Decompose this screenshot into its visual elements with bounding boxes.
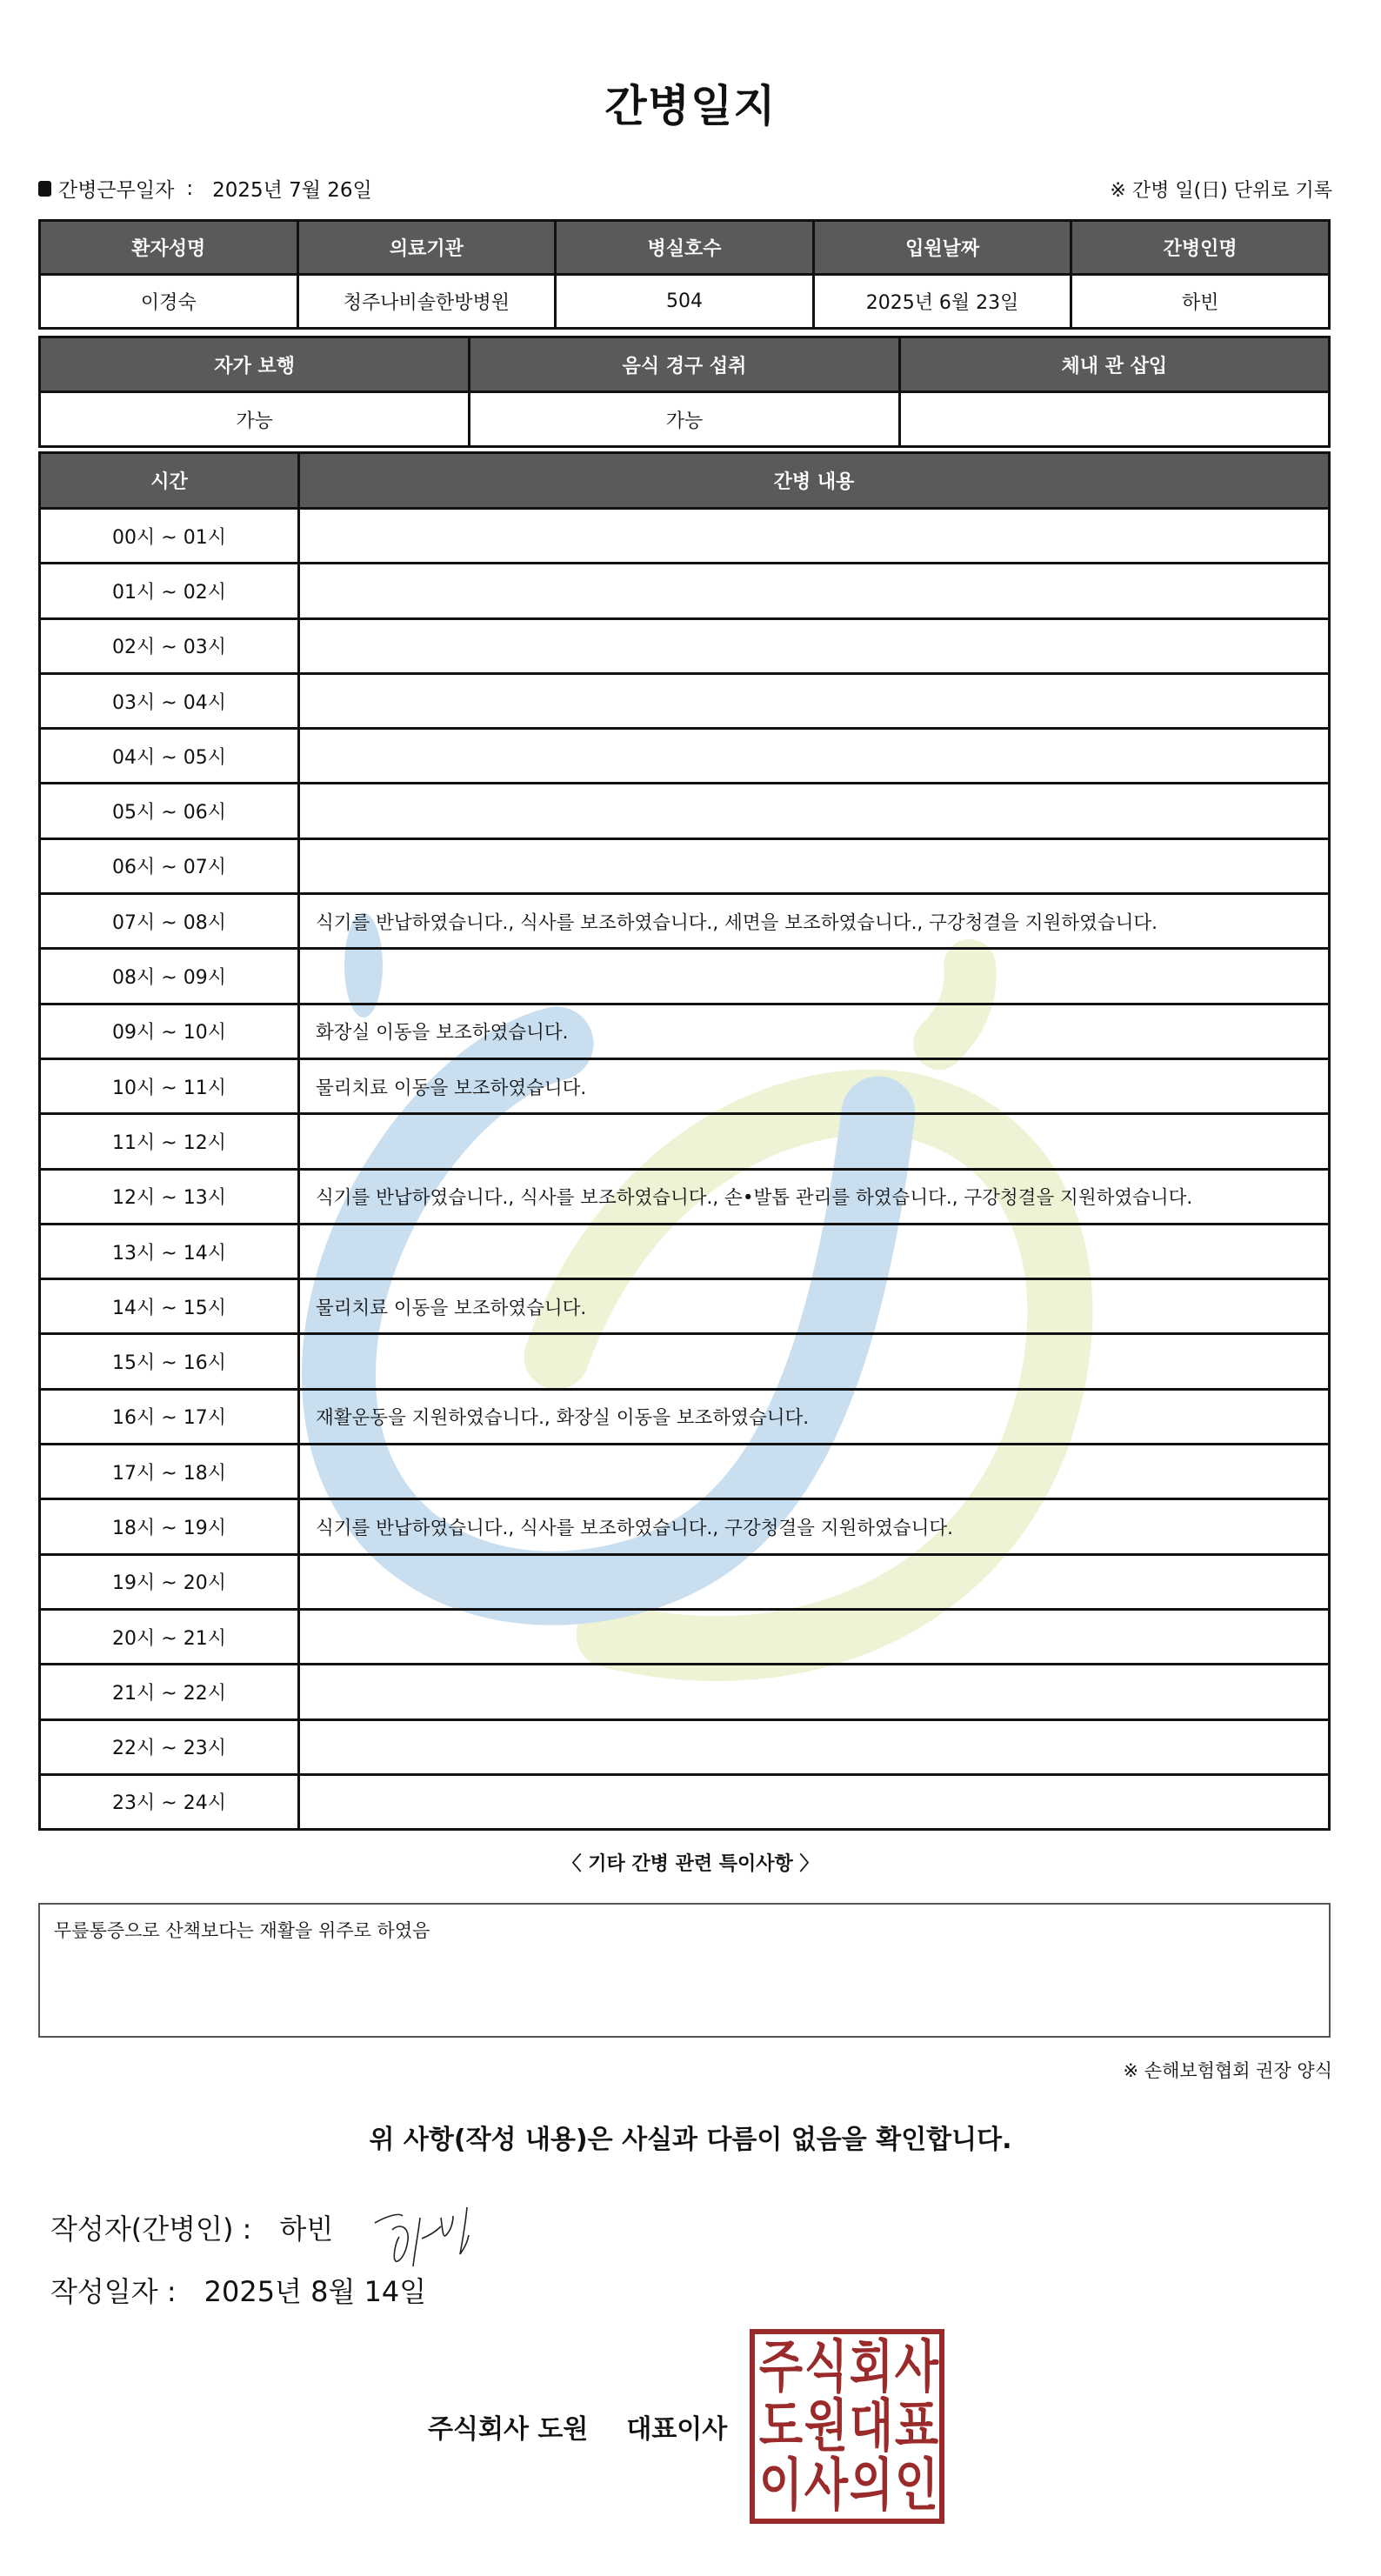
care-log-row: 04시 ~ 05시 <box>40 729 1330 784</box>
care-log-row: 09시 ~ 10시화장실 이동을 보조하였습니다. <box>40 1004 1330 1058</box>
care-time: 05시 ~ 06시 <box>40 784 299 838</box>
care-time: 20시 ~ 21시 <box>40 1609 299 1664</box>
patient-info-header-row: 환자성명 의료기관 병실호수 입원날짜 간병인명 <box>40 221 1330 275</box>
patient-status-header-row: 자가 보행 음식 경구 섭취 체내 관 삽입 <box>40 337 1330 392</box>
page-title: 간병일지 <box>0 71 1381 134</box>
care-log-row: 14시 ~ 15시물리치료 이동을 보조하였습니다. <box>40 1279 1330 1334</box>
notes-box: 무릎통증으로 산책보다는 재활을 위주로 하였음 <box>38 1903 1331 2038</box>
care-log-row: 06시 ~ 07시 <box>40 838 1330 893</box>
self-walking: 가능 <box>40 392 470 447</box>
care-time: 21시 ~ 22시 <box>40 1665 299 1719</box>
header-room-number: 병실호수 <box>556 221 814 275</box>
care-content: 식기를 반납하였습니다., 식사를 보조하였습니다., 손•발톱 관리를 하였습… <box>299 1169 1330 1224</box>
form-source-note: ※ 손해보험협회 권장 양식 <box>1124 2057 1332 2083</box>
care-content <box>299 564 1330 618</box>
patient-status-value-row: 가능 가능 <box>40 392 1330 447</box>
care-log-row: 16시 ~ 17시재활운동을 지원하였습니다., 화장실 이동을 보조하였습니다… <box>40 1389 1330 1444</box>
header-time: 시간 <box>40 453 299 509</box>
care-log-header-row: 시간 간병 내용 <box>40 453 1330 509</box>
care-time: 18시 ~ 19시 <box>40 1499 299 1554</box>
care-time: 23시 ~ 24시 <box>40 1774 299 1829</box>
care-log-row: 13시 ~ 14시 <box>40 1224 1330 1278</box>
care-log-row: 08시 ~ 09시 <box>40 949 1330 1004</box>
company-seal-stamp-icon: 주식회사도원대표이사의인 <box>750 2329 944 2524</box>
care-content: 재활운동을 지원하였습니다., 화장실 이동을 보조하였습니다. <box>299 1389 1330 1444</box>
care-time: 11시 ~ 12시 <box>40 1114 299 1169</box>
writer-line: 작성자(간병인) : 하빈 <box>50 2207 333 2247</box>
care-time: 08시 ~ 09시 <box>40 949 299 1004</box>
care-time: 17시 ~ 18시 <box>40 1445 299 1499</box>
header-caregiver-name: 간병인명 <box>1071 221 1330 275</box>
care-content <box>299 1114 1330 1169</box>
header-oral-intake: 음식 경구 섭취 <box>470 337 899 392</box>
stamp-char: 인 <box>892 2449 937 2523</box>
care-content: 식기를 반납하였습니다., 식사를 보조하였습니다., 세면을 보조하였습니다.… <box>299 894 1330 949</box>
confirmation-statement: 위 사항(작성 내용)은 사실과 다름이 없음을 확인합니다. <box>0 2118 1381 2156</box>
care-log-row: 21시 ~ 22시 <box>40 1665 1330 1719</box>
admission-date: 2025년 6월 23일 <box>813 275 1071 329</box>
care-time: 19시 ~ 20시 <box>40 1554 299 1609</box>
care-time: 04시 ~ 05시 <box>40 729 299 784</box>
care-log-row: 15시 ~ 16시 <box>40 1334 1330 1389</box>
care-log-row: 00시 ~ 01시 <box>40 509 1330 564</box>
stamp-char: 의 <box>847 2449 892 2523</box>
care-content: 물리치료 이동을 보조하였습니다. <box>299 1279 1330 1334</box>
patient-status-table: 자가 보행 음식 경구 섭취 체내 관 삽입 가능 가능 <box>38 336 1331 448</box>
care-log-row: 11시 ~ 12시 <box>40 1114 1330 1169</box>
stamp-char: 이 <box>757 2449 802 2523</box>
header-tube-insertion: 체내 관 삽입 <box>899 337 1329 392</box>
company-signature-line: 주식회사 도원 대표이사 <box>428 2407 727 2446</box>
care-time: 02시 ~ 03시 <box>40 618 299 673</box>
care-time: 07시 ~ 08시 <box>40 894 299 949</box>
care-time: 16시 ~ 17시 <box>40 1389 299 1444</box>
record-unit-note: ※ 간병 일(日) 단위로 기록 <box>1110 176 1332 203</box>
care-content <box>299 618 1330 673</box>
care-log-row: 22시 ~ 23시 <box>40 1719 1330 1774</box>
care-log-row: 19시 ~ 20시 <box>40 1554 1330 1609</box>
care-log-row: 05시 ~ 06시 <box>40 784 1330 838</box>
care-log-table: 시간 간병 내용 00시 ~ 01시01시 ~ 02시02시 ~ 03시03시 … <box>38 451 1331 1831</box>
care-content: 물리치료 이동을 보조하였습니다. <box>299 1058 1330 1113</box>
care-time: 12시 ~ 13시 <box>40 1169 299 1224</box>
care-log-row: 20시 ~ 21시 <box>40 1609 1330 1664</box>
header-care-content: 간병 내용 <box>299 453 1330 509</box>
care-log-row: 18시 ~ 19시식기를 반납하였습니다., 식사를 보조하였습니다., 구강청… <box>40 1499 1330 1554</box>
care-log-row: 01시 ~ 02시 <box>40 564 1330 618</box>
writer-label: 작성자(간병인) : <box>50 2207 251 2247</box>
work-date-colon: : <box>186 177 193 200</box>
company-name: 주식회사 도원 <box>428 2407 588 2446</box>
oral-intake: 가능 <box>470 392 899 447</box>
care-time: 22시 ~ 23시 <box>40 1719 299 1774</box>
care-content <box>299 673 1330 728</box>
care-log-row: 23시 ~ 24시 <box>40 1774 1330 1829</box>
header-patient-name: 환자성명 <box>40 221 298 275</box>
care-content <box>299 1224 1330 1278</box>
care-content <box>299 949 1330 1004</box>
care-time: 01시 ~ 02시 <box>40 564 299 618</box>
care-time: 15시 ~ 16시 <box>40 1334 299 1389</box>
work-date-line: 간병근무일자 : 2025년 7월 26일 <box>38 174 372 203</box>
care-time: 09시 ~ 10시 <box>40 1004 299 1058</box>
header-self-walking: 자가 보행 <box>40 337 470 392</box>
care-log-row: 02시 ~ 03시 <box>40 618 1330 673</box>
care-content <box>299 1665 1330 1719</box>
patient-name: 이경숙 <box>40 275 298 329</box>
care-content: 화장실 이동을 보조하였습니다. <box>299 1004 1330 1058</box>
written-date-line: 작성일자 : 2025년 8월 14일 <box>50 2270 426 2310</box>
bullet-icon <box>38 181 51 197</box>
care-time: 00시 ~ 01시 <box>40 509 299 564</box>
care-content <box>299 1554 1330 1609</box>
stamp-char: 사 <box>802 2449 847 2523</box>
written-date-value: 2025년 8월 14일 <box>204 2270 427 2310</box>
care-content <box>299 1334 1330 1389</box>
signature-icon <box>370 2200 509 2270</box>
tube-insertion <box>899 392 1329 447</box>
care-log-row: 03시 ~ 04시 <box>40 673 1330 728</box>
care-content <box>299 1445 1330 1499</box>
care-content <box>299 1774 1330 1829</box>
work-date-value: 2025년 7월 26일 <box>212 174 372 203</box>
institution: 청주나비솔한방병원 <box>297 275 556 329</box>
care-content <box>299 509 1330 564</box>
care-time: 03시 ~ 04시 <box>40 673 299 728</box>
care-content <box>299 784 1330 838</box>
patient-info-value-row: 이경숙 청주나비솔한방병원 504 2025년 6월 23일 하빈 <box>40 275 1330 329</box>
notes-text: 무릎통증으로 산책보다는 재활을 위주로 하였음 <box>54 1920 430 1941</box>
room-number: 504 <box>556 275 814 329</box>
header-admission-date: 입원날짜 <box>813 221 1071 275</box>
ceo-title: 대표이사 <box>626 2407 727 2446</box>
care-log-row: 12시 ~ 13시식기를 반납하였습니다., 식사를 보조하였습니다., 손•발… <box>40 1169 1330 1224</box>
care-content <box>299 729 1330 784</box>
care-content <box>299 1609 1330 1664</box>
care-time: 14시 ~ 15시 <box>40 1279 299 1334</box>
care-log-row: 10시 ~ 11시물리치료 이동을 보조하였습니다. <box>40 1058 1330 1113</box>
care-time: 06시 ~ 07시 <box>40 838 299 893</box>
care-log-row: 07시 ~ 08시식기를 반납하였습니다., 식사를 보조하였습니다., 세면을… <box>40 894 1330 949</box>
care-log-row: 17시 ~ 18시 <box>40 1445 1330 1499</box>
care-content <box>299 838 1330 893</box>
care-content: 식기를 반납하였습니다., 식사를 보조하였습니다., 구강청결을 지원하였습니… <box>299 1499 1330 1554</box>
header-institution: 의료기관 <box>297 221 556 275</box>
care-time: 10시 ~ 11시 <box>40 1058 299 1113</box>
notes-title: 〈 기타 간병 관련 특이사항 〉 <box>0 1849 1381 1876</box>
patient-info-table: 환자성명 의료기관 병실호수 입원날짜 간병인명 이경숙 청주나비솔한방병원 5… <box>38 219 1331 330</box>
written-date-label: 작성일자 : <box>50 2270 177 2310</box>
care-content <box>299 1719 1330 1774</box>
work-date-label: 간병근무일자 <box>58 174 174 203</box>
caregiver-name: 하빈 <box>1071 275 1330 329</box>
care-time: 13시 ~ 14시 <box>40 1224 299 1278</box>
writer-name: 하빈 <box>279 2207 333 2247</box>
